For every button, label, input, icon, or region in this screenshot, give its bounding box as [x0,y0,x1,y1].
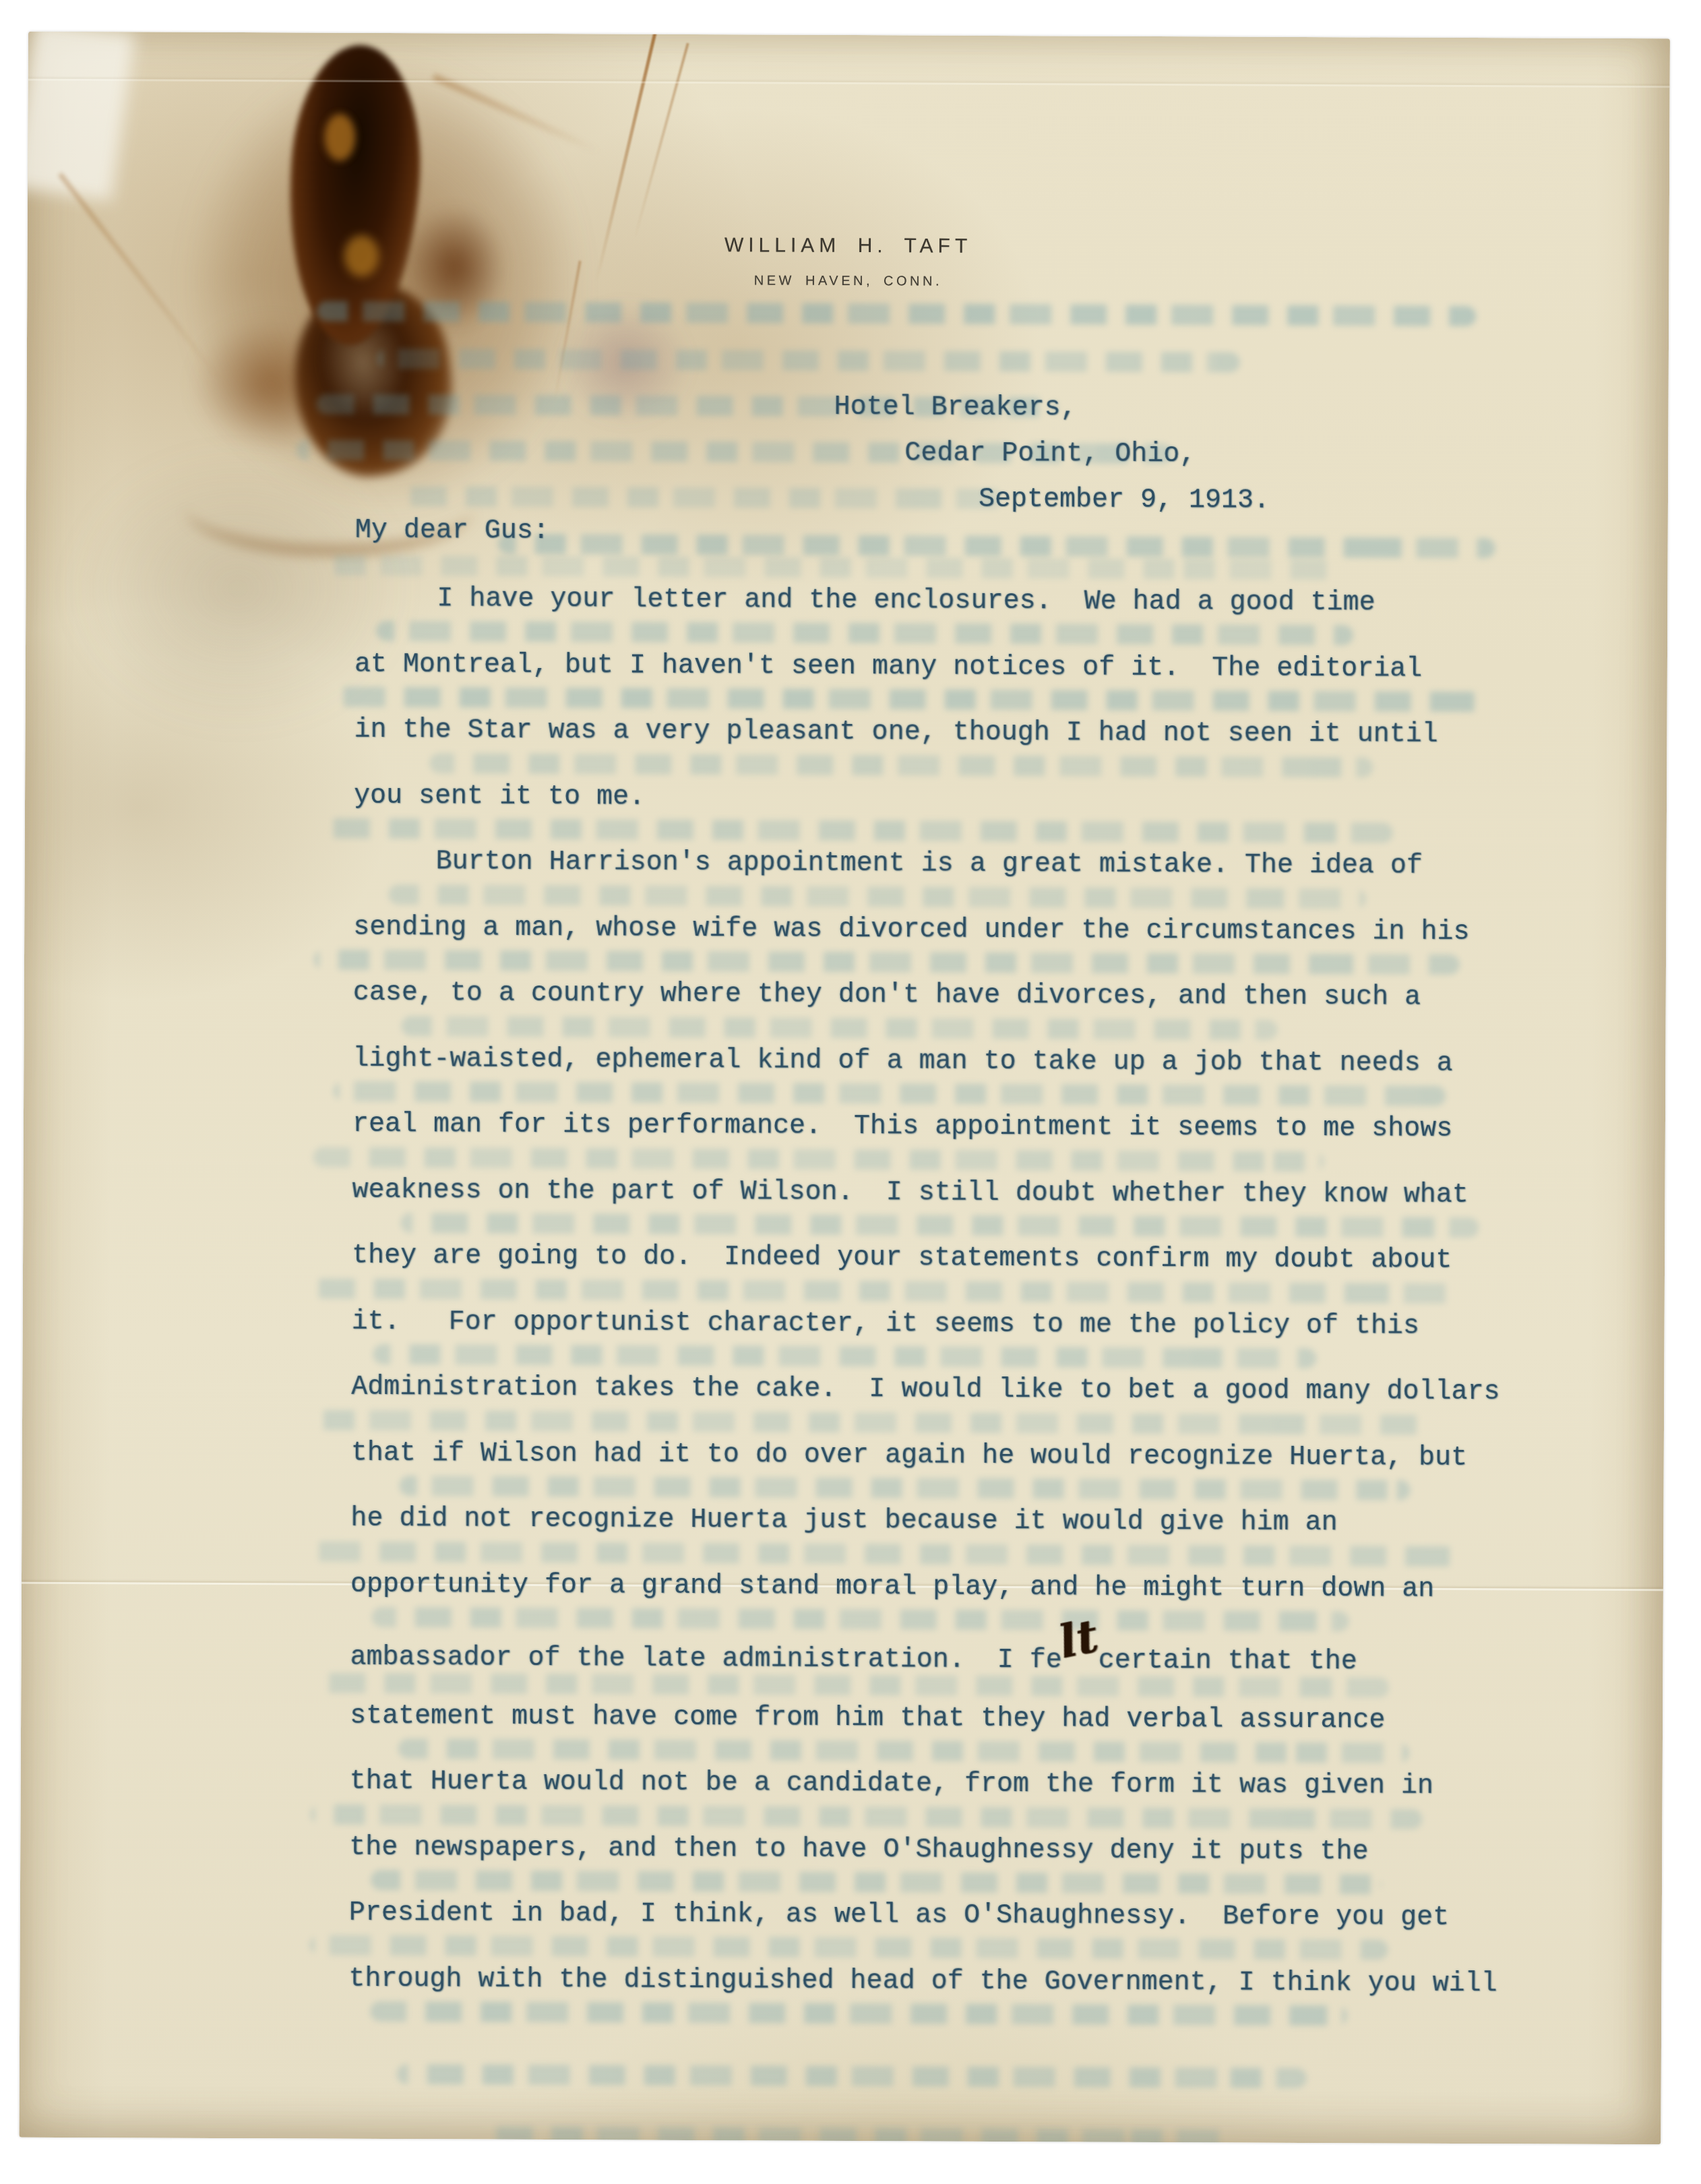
dateline-place: Cedar Point, Ohio, [904,440,1196,468]
crease-line [28,79,1670,88]
body-line: statement must have come from him that t… [350,1703,1385,1735]
body-line: at Montreal, but I haven't seen many not… [354,652,1422,684]
letterhead: WILLIAM H. TAFT NEW HAVEN, CONN. [27,231,1669,293]
rust-streak [433,74,601,154]
dateline-date: September 9, 1913. [979,487,1270,515]
body-line: case, to a country where they don't have… [353,980,1421,1012]
bleedthrough-line [310,1935,1388,1960]
bleedthrough-line [400,1213,1479,1238]
bleedthrough-line [312,1410,1424,1435]
bleedthrough-line [313,1279,1458,1304]
bleedthrough-line [315,818,1393,843]
handwritten-correction: lt [1055,1612,1102,1665]
body-line: the newspapers, and then to have O'Shaug… [349,1835,1368,1867]
rust-drip-streak [633,43,689,239]
body-line-with-correction: ambassador of the late administration. I… [350,1637,1357,1676]
body-line: he did not recognize Huerta just because… [350,1506,1337,1537]
bleedthrough-line [317,301,1476,327]
bleedthrough-line [336,687,1481,712]
salutation: My dear Gus: [355,518,549,545]
body-line: sending a man, whose wife was divorced u… [353,915,1469,946]
correction-gap: lt [1062,1640,1099,1667]
seal-stain-halo [127,32,642,574]
bleedthrough-line [372,1607,1349,1631]
body-line: opportunity for a grand stand moral play… [350,1572,1434,1604]
bleedthrough-line [334,1081,1446,1106]
gray-smudge-stain [62,443,414,734]
bleedthrough-line [373,1344,1316,1368]
bleedthrough-line [402,1016,1278,1040]
bleedthrough-line [370,2001,1347,2026]
bleedthrough-line [429,753,1373,777]
body-line: through with the distinguished head of t… [348,1966,1497,1998]
body-line: that if Wilson had it to do over again h… [351,1440,1467,1472]
body-line: they are going to do. Indeed your statem… [352,1243,1452,1275]
bleedthrough-line [376,621,1353,645]
body-line: weakness on the part of Wilson. I still … [352,1178,1468,1209]
wax-seal-remnant [278,40,429,349]
body-line: Administration takes the cake. I would l… [351,1374,1499,1406]
worn-corner [19,32,135,202]
bleedthrough-line [310,1804,1422,1829]
body-line: it. For opportunist character, it seems … [352,1309,1419,1341]
letterhead-name: WILLIAM H. TAFT [28,231,1669,262]
bleedthrough-line [491,2127,1232,2145]
bleedthrough-line [404,486,1010,509]
body-line: light-waisted, ephemeral kind of a man t… [352,1046,1452,1078]
seal-chip [324,114,355,161]
letter-page: WILLIAM H. TAFT NEW HAVEN, CONN. Hotel B… [19,32,1670,2145]
bleedthrough-line [397,2064,1307,2088]
scanned-letter-screenshot: { "letterhead": { "name": "WILLIAM H. TA… [0,0,1701,2184]
bleedthrough-line [388,884,1365,909]
bleedthrough-line [313,1147,1324,1172]
body-line: President in bad, I think, as well as O'… [349,1900,1449,1932]
bleedthrough-line [314,950,1460,975]
bleedthrough-line [398,1738,1409,1763]
seal-stain-lower-blob [283,274,464,486]
body-line: I have your letter and the enclosures. W… [437,586,1375,617]
bleedthrough-line [377,348,1240,373]
correction-post-text: certain that the [1099,1646,1357,1678]
correction-pre-text: ambassador of the late administration. I… [350,1643,1061,1676]
faded-blotch [559,300,691,425]
bleedthrough-line [311,1542,1457,1567]
bleedthrough-line [371,1870,1382,1895]
bleedthrough-line [322,555,1333,580]
body-line: Burton Harrison's appointment is a great… [436,849,1423,880]
body-line: you sent it to me. [354,783,645,812]
dateline-hotel: Hotel Breakers, [834,394,1077,423]
body-line: real man for its performance. This appoi… [352,1112,1452,1143]
bleedthrough-line [400,1476,1411,1500]
letterhead-location: NEW HAVEN, CONN. [27,270,1669,293]
bleedthrough-line [498,534,1495,558]
bleedthrough-layer [28,32,1670,39]
body-line: that Huerta would not be a candidate, fr… [350,1769,1433,1800]
body-line: in the Star was a very pleasant one, tho… [354,717,1437,749]
seal-stain-left-lobe [191,319,350,451]
